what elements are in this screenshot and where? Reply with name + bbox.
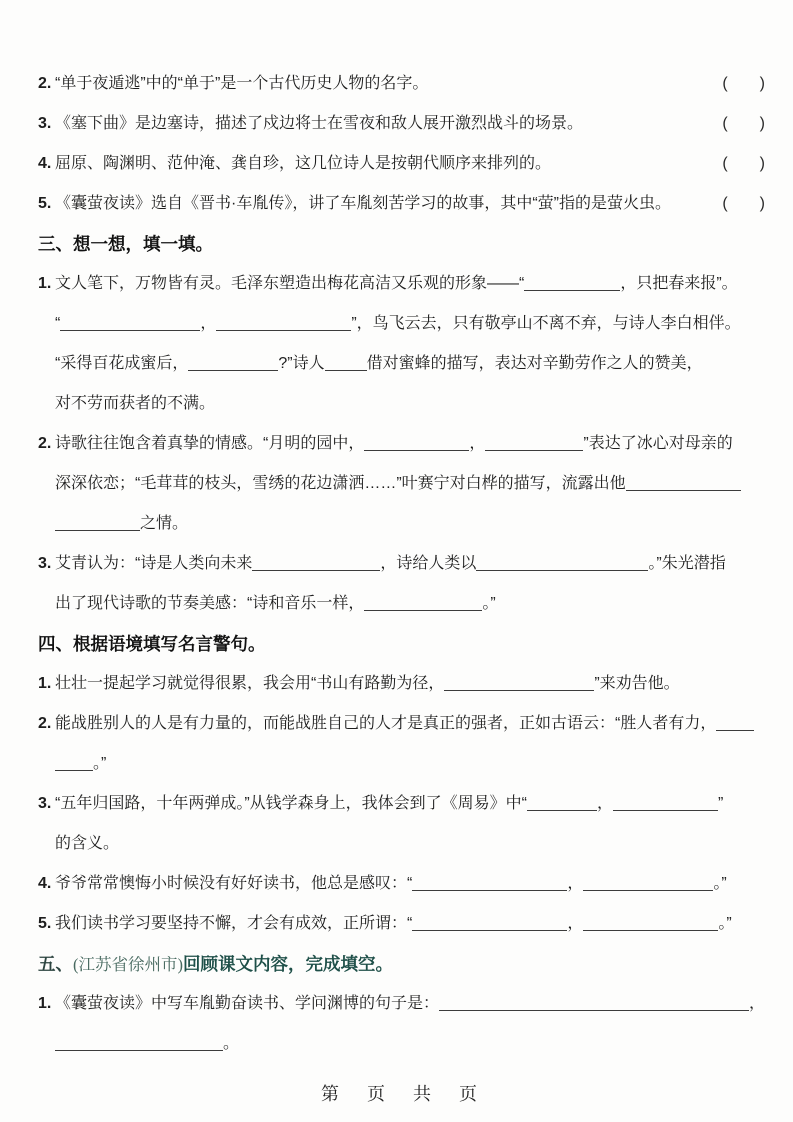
question-text: 《塞下曲》是边塞诗，描述了戍边将士在雪夜和敌人展开激烈战斗的场景。 <box>55 104 583 144</box>
question-line: 3.艾青认为：“诗是人类向未来，诗给人类以。”朱光潜指 <box>38 544 765 584</box>
fill-blank <box>716 714 754 731</box>
question-text: 的含义。 <box>55 835 119 852</box>
question-text: 我们读书学习要坚持不懈，才会有成效，正所谓：“ <box>55 915 412 932</box>
question-text: “五年归国路，十年两弹成。”从钱学森身上，我体会到了《周易》中“ <box>55 795 527 812</box>
heading-text: 三、想一想，填一填。 <box>38 234 213 254</box>
section-five-heading: 五、(江苏省徐州市)回顾课文内容，完成填空。 <box>38 944 765 984</box>
question-line: 5.我们读书学习要坚持不懈，才会有成效，正所谓：“，。” <box>38 904 765 944</box>
fill-blank <box>524 274 620 291</box>
question-text: 《囊萤夜读》中写车胤勤奋读书、学问渊博的句子是： <box>55 995 439 1012</box>
fill-blank <box>444 674 594 691</box>
question-line: 2.“单于夜遁逃”中的“单于”是一个古代历史人物的名字。( ) <box>38 64 765 104</box>
answer-brackets: ( ) <box>722 144 765 184</box>
question-text: 。” <box>718 915 731 932</box>
question-line: 1.《囊萤夜读》中写车胤勤奋读书、学问渊博的句子是：， <box>38 984 765 1024</box>
question-line: 5.《囊萤夜读》选自《晋书·车胤传》，讲了车胤刻苦学习的故事，其中“萤”指的是萤… <box>38 184 765 224</box>
item-number: 2. <box>38 424 55 464</box>
question-line: 3.“五年归国路，十年两弹成。”从钱学森身上，我体会到了《周易》中“，” <box>38 784 765 824</box>
question-text: ” <box>718 795 723 812</box>
question-text: “单于夜遁逃”中的“单于”是一个古代历史人物的名字。 <box>55 64 428 104</box>
item-number: 2. <box>38 64 55 104</box>
question-line: 出了现代诗歌的节奏美感：“诗和音乐一样，。” <box>38 584 765 624</box>
question-line: 1.壮壮一提起学习就觉得很累，我会用“书山有路勤为径，”来劝告他。 <box>38 664 765 704</box>
question-text: ， <box>567 875 583 892</box>
question-text: 对不劳而获者的不满。 <box>55 395 215 412</box>
question-text: 爷爷常常懊悔小时候没有好好读书，他总是感叹：“ <box>55 875 412 892</box>
question-line: 。 <box>38 1024 765 1064</box>
heading-text: 五、 <box>38 954 73 974</box>
fill-blank <box>55 514 140 531</box>
fill-blank <box>188 354 278 371</box>
fill-blank <box>216 314 351 331</box>
question-text: ”，鸟飞云去，只有敬亭山不离不弃，与诗人李白相伴。 <box>351 315 740 332</box>
question-text: 。 <box>223 1035 239 1052</box>
question-text: ，诗给人类以 <box>380 555 476 572</box>
question-text: 出了现代诗歌的节奏美感：“诗和音乐一样， <box>55 595 364 612</box>
fill-blank <box>485 434 583 451</box>
question-text: 。” <box>482 595 495 612</box>
answer-brackets: ( ) <box>722 64 765 104</box>
fill-blank <box>412 914 567 931</box>
question-line: 的含义。 <box>38 824 765 864</box>
question-line: 4.爷爷常常懊悔小时候没有好好读书，他总是感叹：“，。” <box>38 864 765 904</box>
question-line: 2.诗歌往往饱含着真挚的情感。“月明的园中，，”表达了冰心对母亲的 <box>38 424 765 464</box>
fill-blank <box>583 874 713 891</box>
question-text: 借对蜜蜂的描写，表达对辛勤劳作之人的赞美， <box>367 355 703 372</box>
question-text: ”来劝告他。 <box>594 675 679 692</box>
item-number: 5. <box>38 904 55 944</box>
item-number: 3. <box>38 784 55 824</box>
question-line: 3.《塞下曲》是边塞诗，描述了戍边将士在雪夜和敌人展开激烈战斗的场景。( ) <box>38 104 765 144</box>
worksheet-content: 2.“单于夜遁逃”中的“单于”是一个古代历史人物的名字。( )3.《塞下曲》是边… <box>38 64 765 1064</box>
fill-blank <box>613 794 718 811</box>
fill-blank <box>626 474 741 491</box>
question-text: “采得百花成蜜后， <box>55 355 188 372</box>
question-text: ， <box>597 795 613 812</box>
heading-source-tag: (江苏省徐州市) <box>73 955 183 974</box>
fill-blank <box>412 874 567 891</box>
question-text: ， <box>749 995 765 1012</box>
question-line: 4.屈原、陶渊明、范仲淹、龚自珍，这几位诗人是按朝代顺序来排列的。( ) <box>38 144 765 184</box>
item-number: 2. <box>38 704 55 744</box>
fill-blank <box>252 554 380 571</box>
item-number: 3. <box>38 544 55 584</box>
item-number: 1. <box>38 664 55 704</box>
question-text: ”表达了冰心对母亲的 <box>583 435 732 452</box>
item-number: 3. <box>38 104 55 144</box>
heading-text: 回顾课文内容，完成填空。 <box>183 954 393 974</box>
fill-blank <box>583 914 718 931</box>
question-text: 。” <box>93 755 106 772</box>
page-footer: 第 页 共 页 <box>38 1080 765 1106</box>
answer-brackets: ( ) <box>722 104 765 144</box>
fill-blank <box>439 994 749 1011</box>
question-line: 之情。 <box>38 504 765 544</box>
question-text: 艾青认为：“诗是人类向未来 <box>55 555 252 572</box>
question-text: 之情。 <box>140 515 188 532</box>
question-line: 对不劳而获者的不满。 <box>38 384 765 424</box>
item-number: 4. <box>38 144 55 184</box>
question-text: 能战胜别人的人是有力量的，而能战胜自己的人才是真正的强者，正如古语云：“胜人者有… <box>55 715 716 732</box>
question-text: 深深依恋；“毛茸茸的枝头，雪绣的花边潇洒……”叶赛宁对白桦的描写，流露出他 <box>55 475 626 492</box>
question-text: 壮壮一提起学习就觉得很累，我会用“书山有路勤为径， <box>55 675 444 692</box>
item-number: 1. <box>38 984 55 1024</box>
question-text: ，只把春来报”。 <box>620 275 737 292</box>
fill-blank <box>476 554 648 571</box>
fill-blank <box>55 754 93 771</box>
section-three-heading: 三、想一想，填一填。 <box>38 224 765 264</box>
item-number: 5. <box>38 184 55 224</box>
question-line: 1.文人笔下，万物皆有灵。毛泽东塑造出梅花高洁又乐观的形象——“，只把春来报”。 <box>38 264 765 304</box>
fill-blank <box>60 314 200 331</box>
question-text: 诗歌往往饱含着真挚的情感。“月明的园中， <box>55 435 364 452</box>
fill-blank <box>325 354 367 371</box>
section-four-heading: 四、根据语境填写名言警句。 <box>38 624 765 664</box>
item-number: 4. <box>38 864 55 904</box>
question-text: 屈原、陶渊明、范仲淹、龚自珍，这几位诗人是按朝代顺序来排列的。 <box>55 144 551 184</box>
fill-blank <box>364 434 469 451</box>
question-text: ， <box>200 315 216 332</box>
question-text: 文人笔下，万物皆有灵。毛泽东塑造出梅花高洁又乐观的形象——“ <box>55 275 524 292</box>
question-text: ， <box>469 435 485 452</box>
question-line: “，”，鸟飞云去，只有敬亭山不离不弃，与诗人李白相伴。 <box>38 304 765 344</box>
fill-blank <box>55 1034 223 1051</box>
question-text: ?”诗人 <box>278 355 324 372</box>
question-text: ， <box>567 915 583 932</box>
worksheet-page: 2.“单于夜遁逃”中的“单于”是一个古代历史人物的名字。( )3.《塞下曲》是边… <box>0 0 793 1122</box>
question-text: 《囊萤夜读》选自《晋书·车胤传》，讲了车胤刻苦学习的故事，其中“萤”指的是萤火虫… <box>55 184 671 224</box>
fill-blank <box>527 794 597 811</box>
fill-blank <box>364 594 482 611</box>
question-line: “采得百花成蜜后，?”诗人借对蜜蜂的描写，表达对辛勤劳作之人的赞美， <box>38 344 765 384</box>
answer-brackets: ( ) <box>722 184 765 224</box>
question-text: 。”朱光潜指 <box>648 555 725 572</box>
question-line: 深深依恋；“毛茸茸的枝头，雪绣的花边潇洒……”叶赛宁对白桦的描写，流露出他 <box>38 464 765 504</box>
item-number: 1. <box>38 264 55 304</box>
question-line: 2.能战胜别人的人是有力量的，而能战胜自己的人才是真正的强者，正如古语云：“胜人… <box>38 704 765 744</box>
heading-text: 四、根据语境填写名言警句。 <box>38 634 266 654</box>
question-text: 。” <box>713 875 726 892</box>
question-line: 。” <box>38 744 765 784</box>
